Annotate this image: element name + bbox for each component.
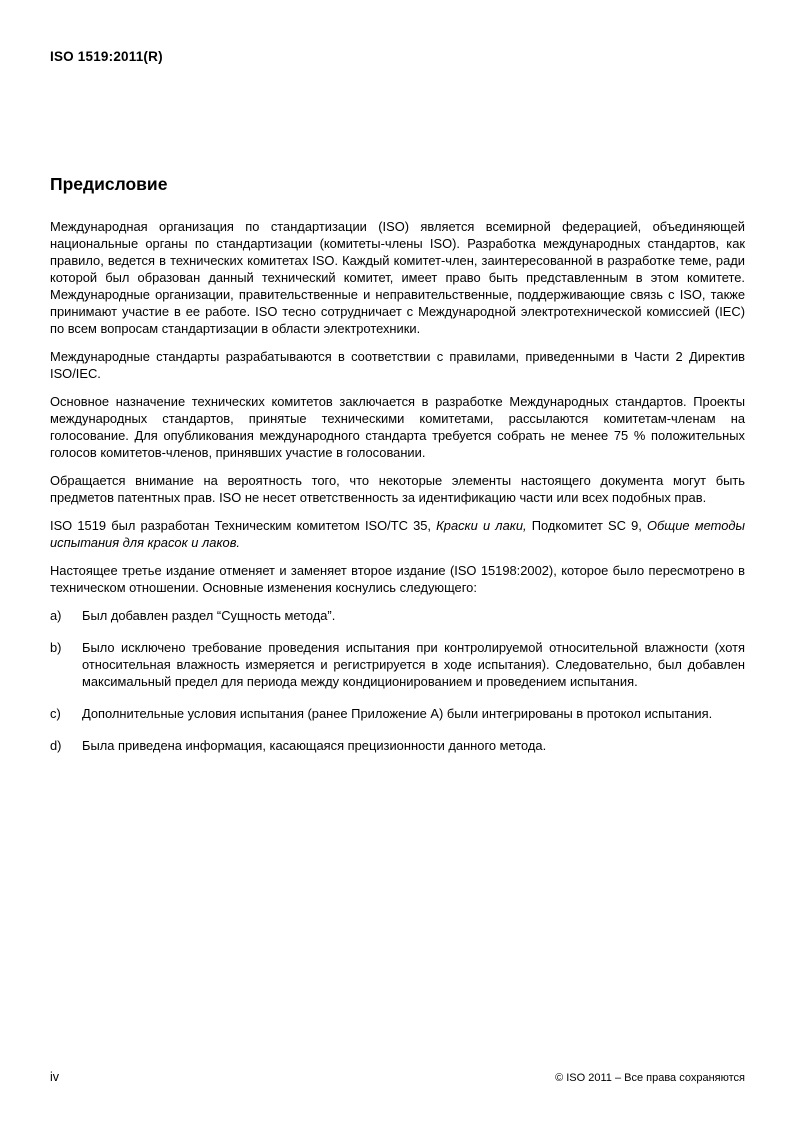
foreword-paragraph: Международная организация по стандартиза…	[50, 218, 745, 337]
body-text: Обращается внимание на вероятность того,…	[50, 473, 745, 505]
list-item-text: Было исключено требование проведения исп…	[82, 639, 745, 690]
page-footer: iv © ISO 2011 – Все права сохраняются	[50, 1070, 745, 1084]
copyright-notice: © ISO 2011 – Все права сохраняются	[555, 1072, 745, 1084]
list-item-text: Была приведена информация, касающаяся пр…	[82, 737, 745, 754]
list-item-marker: b)	[50, 639, 82, 690]
body-text: Международные стандарты разрабатываются …	[50, 349, 745, 381]
change-list-item: c)Дополнительные условия испытания (ране…	[50, 705, 745, 722]
italic-text: Краски и лаки,	[436, 518, 526, 533]
page-content: Предисловие Международная организация по…	[50, 174, 745, 769]
foreword-paragraph: Обращается внимание на вероятность того,…	[50, 472, 745, 506]
foreword-paragraphs: Международная организация по стандартиза…	[50, 218, 745, 596]
body-text: Основное назначение технических комитето…	[50, 394, 745, 460]
page-number: iv	[50, 1070, 59, 1084]
body-text: ISO 1519 был разработан Техническим коми…	[50, 518, 436, 533]
change-list-item: b)Было исключено требование проведения и…	[50, 639, 745, 690]
list-item-marker: c)	[50, 705, 82, 722]
body-text: Подкомитет SC 9,	[527, 518, 647, 533]
change-list-item: a)Был добавлен раздел “Сущность метода”.	[50, 607, 745, 624]
body-text: Настоящее третье издание отменяет и заме…	[50, 563, 745, 595]
list-item-marker: a)	[50, 607, 82, 624]
list-item-text: Дополнительные условия испытания (ранее …	[82, 705, 745, 722]
running-header: ISO 1519:2011(R)	[50, 49, 163, 64]
foreword-paragraph: Настоящее третье издание отменяет и заме…	[50, 562, 745, 596]
document-page: ISO 1519:2011(R) Предисловие Международн…	[0, 0, 793, 1122]
change-list-item: d)Была приведена информация, касающаяся …	[50, 737, 745, 754]
foreword-paragraph: Международные стандарты разрабатываются …	[50, 348, 745, 382]
page-title: Предисловие	[50, 174, 745, 195]
list-item-text: Был добавлен раздел “Сущность метода”.	[82, 607, 745, 624]
body-text: Международная организация по стандартиза…	[50, 219, 745, 336]
changes-list: a)Был добавлен раздел “Сущность метода”.…	[50, 607, 745, 754]
foreword-paragraph: Основное назначение технических комитето…	[50, 393, 745, 461]
list-item-marker: d)	[50, 737, 82, 754]
foreword-paragraph: ISO 1519 был разработан Техническим коми…	[50, 517, 745, 551]
